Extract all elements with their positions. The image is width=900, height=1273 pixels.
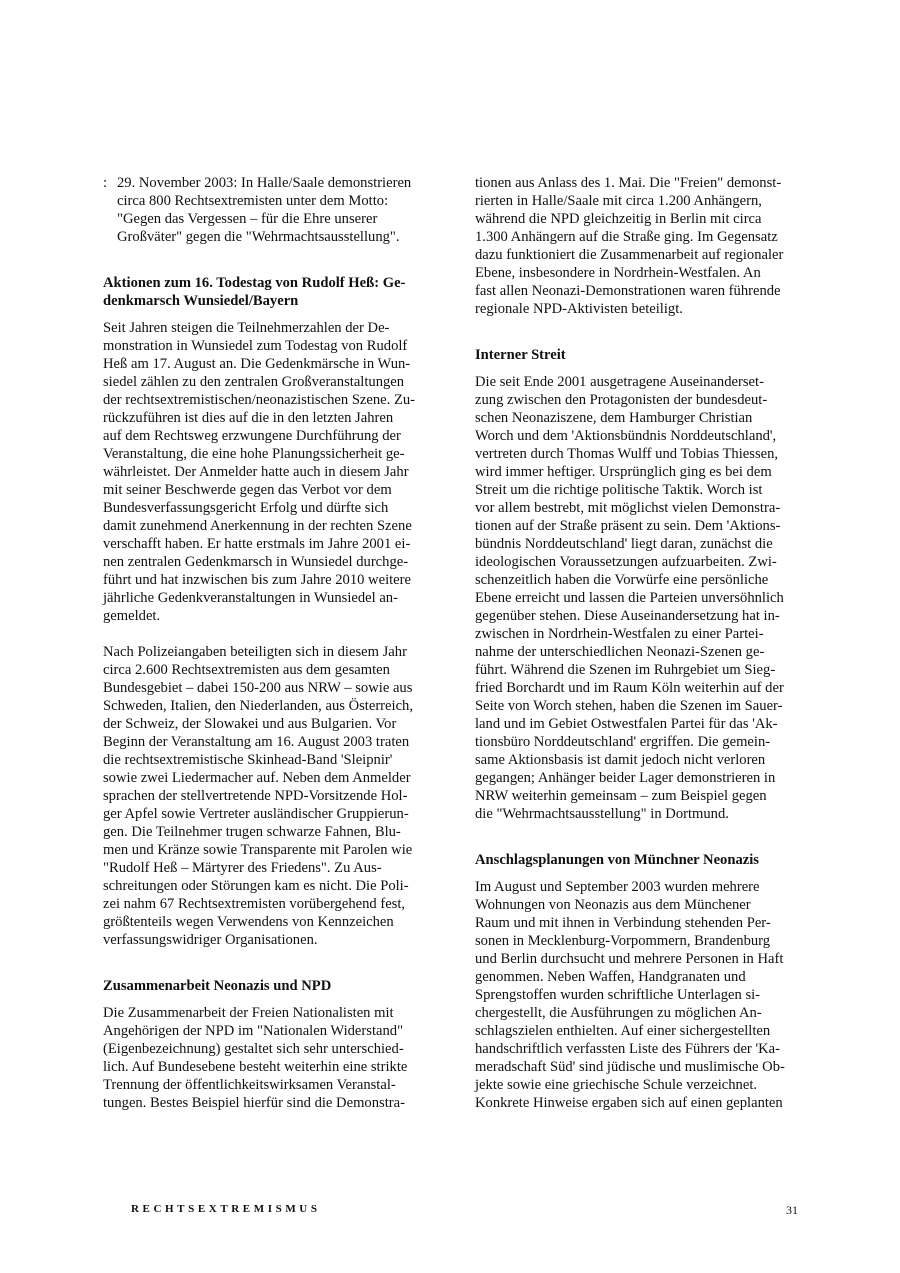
text-line: führt. Während die Szenen im Ruhrgebiet … <box>475 661 805 679</box>
text-line: sprachen der stellvertretende NPD-Vorsit… <box>103 787 433 805</box>
text-line: rierten in Halle/Saale mit circa 1.200 A… <box>475 192 805 210</box>
text-line: NRW weiterhin gemeinsam – zum Beispiel g… <box>475 787 805 805</box>
text-line: mit seiner Beschwerde gegen das Verbot v… <box>103 481 433 499</box>
text-line: währleistet. Der Anmelder hatte auch in … <box>103 463 433 481</box>
section-heading: Zusammenarbeit Neonazis und NPD <box>103 977 433 995</box>
heading-line: Zusammenarbeit Neonazis und NPD <box>103 977 433 995</box>
text-line: land und im Gebiet Ostwestfalen Partei f… <box>475 715 805 733</box>
text-line: vertreten durch Thomas Wulff und Tobias … <box>475 445 805 463</box>
text-line: tionen aus Anlass des 1. Mai. Die "Freie… <box>475 174 805 192</box>
text-line: ger Apfel sowie Vertreter ausländischer … <box>103 805 433 823</box>
text-line: schenzeitlich haben die Vorwürfe eine pe… <box>475 571 805 589</box>
heading-line: Interner Streit <box>475 346 805 364</box>
text-line: Veranstaltung, die eine hohe Planungssic… <box>103 445 433 463</box>
text-line: men und Kränze sowie Transparente mit Pa… <box>103 841 433 859</box>
text-line: Im August und September 2003 wurden mehr… <box>475 878 805 896</box>
bullet-marker: : <box>103 174 107 192</box>
text-line: meradschaft Süd' sind jüdische und musli… <box>475 1058 805 1076</box>
text-line: nahme der unterschiedlichen Neonazi-Szen… <box>475 643 805 661</box>
text-line: zei nahm 67 Rechtsextremisten vorübergeh… <box>103 895 433 913</box>
text-line: schlagszielen enthielten. Auf einer sich… <box>475 1022 805 1040</box>
text-line: ideologischen Voraussetzungen aufzuarbei… <box>475 553 805 571</box>
text-line: chergestellt, die Ausführungen zu möglic… <box>475 1004 805 1022</box>
text-line: Seit Jahren steigen die Teilnehmerzahlen… <box>103 319 433 337</box>
section-heading: Anschlagsplanungen von Münchner Neonazis <box>475 851 805 869</box>
running-title: RECHTSEXTREMISMUS <box>131 1203 321 1215</box>
text-line: vor allem bestrebt, mit möglichst vielen… <box>475 499 805 517</box>
text-line: Die seit Ende 2001 ausgetragene Auseinan… <box>475 373 805 391</box>
text-line: bündnis Norddeutschland' liegt daran, zu… <box>475 535 805 553</box>
paragraph: Die Zusammenarbeit der Freien Nationalis… <box>103 1004 433 1112</box>
right-column: tionen aus Anlass des 1. Mai. Die "Freie… <box>475 174 805 1112</box>
text-line: zwischen in Nordrhein-Westfalen zu einer… <box>475 625 805 643</box>
section-heading: Aktionen zum 16. Todestag von Rudolf Heß… <box>103 274 433 310</box>
text-line: Konkrete Hinweise ergaben sich auf einen… <box>475 1094 805 1112</box>
text-line: auf dem Rechtsweg erzwungene Durchführun… <box>103 427 433 445</box>
text-line: "Gegen das Vergessen – für die Ehre unse… <box>117 210 433 228</box>
text-line: 29. November 2003: In Halle/Saale demons… <box>117 174 433 192</box>
text-line: jekte sowie eine griechische Schule verz… <box>475 1076 805 1094</box>
text-line: Trennung der öffentlichkeitswirksamen Ve… <box>103 1076 433 1094</box>
text-line: circa 2.600 Rechtsextremisten aus dem ge… <box>103 661 433 679</box>
text-line: der rechtsextremistischen/neonazistische… <box>103 391 433 409</box>
text-line: tionsbüro Norddeutschland' ergriffen. Di… <box>475 733 805 751</box>
text-line: damit zunehmend Anerkennung in der recht… <box>103 517 433 535</box>
text-line: während die NPD gleichzeitig in Berlin m… <box>475 210 805 228</box>
paragraph: Die seit Ende 2001 ausgetragene Auseinan… <box>475 373 805 823</box>
section-heading: Interner Streit <box>475 346 805 364</box>
heading-line: Anschlagsplanungen von Münchner Neonazis <box>475 851 805 869</box>
text-line: gen. Die Teilnehmer trugen schwarze Fahn… <box>103 823 433 841</box>
text-line: Schweden, Italien, den Niederlanden, aus… <box>103 697 433 715</box>
text-line: tungen. Bestes Beispiel hierfür sind die… <box>103 1094 433 1112</box>
bullet-text: 29. November 2003: In Halle/Saale demons… <box>117 174 433 246</box>
text-line: 1.300 Anhängern auf die Straße ging. Im … <box>475 228 805 246</box>
text-line: rückzuführen ist dies auf die in den let… <box>103 409 433 427</box>
paragraph: Seit Jahren steigen die Teilnehmerzahlen… <box>103 319 433 625</box>
text-line: verschafft haben. Er hatte erstmals im J… <box>103 535 433 553</box>
text-line: Beginn der Veranstaltung am 16. August 2… <box>103 733 433 751</box>
text-line: die "Wehrmachtsausstellung" in Dortmund. <box>475 805 805 823</box>
text-line: (Eigenbezeichnung) gestaltet sich sehr u… <box>103 1040 433 1058</box>
text-line: siedel zählen zu den zentralen Großveran… <box>103 373 433 391</box>
text-line: schen Neonaziszene, dem Hamburger Christ… <box>475 409 805 427</box>
text-line: Angehörigen der NPD im "Nationalen Wider… <box>103 1022 433 1040</box>
heading-line: denkmarsch Wunsiedel/Bayern <box>103 292 433 310</box>
text-line: fast allen Neonazi-Demonstrationen waren… <box>475 282 805 300</box>
text-line: Heß am 17. August an. Die Gedenkmärsche … <box>103 355 433 373</box>
text-line: nen zentralen Gedenkmarsch in Wunsiedel … <box>103 553 433 571</box>
text-line: gegangen; Anhänger beider Lager demonstr… <box>475 769 805 787</box>
text-line: Raum und mit ihnen in Verbindung stehend… <box>475 914 805 932</box>
text-line: sowie zwei Liedermacher auf. Neben dem A… <box>103 769 433 787</box>
paragraph: Nach Polizeiangaben beteiligten sich in … <box>103 643 433 949</box>
text-line: die rechtsextremistische Skinhead-Band '… <box>103 751 433 769</box>
text-line: Sprengstoffen wurden schriftliche Unterl… <box>475 986 805 1004</box>
text-line: regionale NPD-Aktivisten beteiligt. <box>475 300 805 318</box>
text-line: dazu funktioniert die Zusammenarbeit auf… <box>475 246 805 264</box>
text-line: monstration in Wunsiedel zum Todestag vo… <box>103 337 433 355</box>
text-line: wird immer heftiger. Ursprünglich ging e… <box>475 463 805 481</box>
text-line: und Berlin durchsucht und mehrere Person… <box>475 950 805 968</box>
text-line: Seite von Worch stehen, haben die Szenen… <box>475 697 805 715</box>
page-footer: RECHTSEXTREMISMUS 31 <box>131 1203 798 1215</box>
text-line: Bundesgebiet – dabei 150-200 aus NRW – s… <box>103 679 433 697</box>
text-line: handschriftlich verfassten Liste des Füh… <box>475 1040 805 1058</box>
text-line: sonen in Mecklenburg-Vorpommern, Branden… <box>475 932 805 950</box>
left-column: : 29. November 2003: In Halle/Saale demo… <box>103 174 433 1112</box>
text-line: schreitungen oder Störungen kam es nicht… <box>103 877 433 895</box>
text-line: same Aktionsbasis ist damit jedoch nicht… <box>475 751 805 769</box>
page-number: 31 <box>786 1203 798 1218</box>
paragraph: tionen aus Anlass des 1. Mai. Die "Freie… <box>475 174 805 318</box>
text-line: Ebene, insbesondere in Nordrhein-Westfal… <box>475 264 805 282</box>
text-line: größtenteils wegen Verwendens von Kennze… <box>103 913 433 931</box>
text-line: der Schweiz, der Slowakei und aus Bulgar… <box>103 715 433 733</box>
text-line: Bundesverfassungsgericht Erfolg und dürf… <box>103 499 433 517</box>
text-line: lich. Auf Bundesebene besteht weiterhin … <box>103 1058 433 1076</box>
heading-line: Aktionen zum 16. Todestag von Rudolf Heß… <box>103 274 433 292</box>
bullet-item: : 29. November 2003: In Halle/Saale demo… <box>103 174 433 246</box>
text-line: fried Borchardt und im Raum Köln weiterh… <box>475 679 805 697</box>
text-line: gegenüber stehen. Diese Auseinandersetzu… <box>475 607 805 625</box>
text-line: genommen. Neben Waffen, Handgranaten und <box>475 968 805 986</box>
text-line: Ebene erreicht und lassen die Parteien u… <box>475 589 805 607</box>
text-line: circa 800 Rechtsextremisten unter dem Mo… <box>117 192 433 210</box>
text-line: tionen auf der Straße präsent zu sein. D… <box>475 517 805 535</box>
text-line: Wohnungen von Neonazis aus dem Münchener <box>475 896 805 914</box>
text-line: Großväter" gegen die "Wehrmachtsausstell… <box>117 228 433 246</box>
text-line: Worch und dem 'Aktionsbündnis Norddeutsc… <box>475 427 805 445</box>
text-line: führt und hat inzwischen bis zum Jahre 2… <box>103 571 433 589</box>
text-line: zung zwischen den Protagonisten der bund… <box>475 391 805 409</box>
text-line: Nach Polizeiangaben beteiligten sich in … <box>103 643 433 661</box>
text-line: verfassungswidriger Organisationen. <box>103 931 433 949</box>
text-line: Die Zusammenarbeit der Freien Nationalis… <box>103 1004 433 1022</box>
paragraph: Im August und September 2003 wurden mehr… <box>475 878 805 1112</box>
text-line: Streit um die richtige politische Taktik… <box>475 481 805 499</box>
text-line: "Rudolf Heß – Märtyrer des Friedens". Zu… <box>103 859 433 877</box>
text-line: gemeldet. <box>103 607 433 625</box>
text-line: jährliche Gedenkveranstaltungen in Wunsi… <box>103 589 433 607</box>
